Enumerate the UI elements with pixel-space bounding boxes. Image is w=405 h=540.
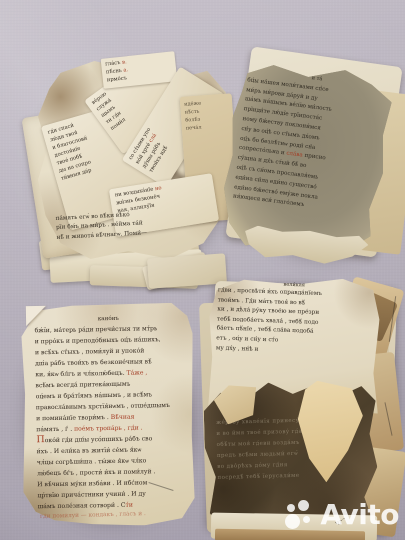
avito-logo-icon <box>284 499 315 530</box>
manuscript-page-bottom-left: кано́нъ бж́їи, ма́терь ра́ди пречи́стыя … <box>20 300 198 530</box>
logo-circle <box>287 504 295 512</box>
page-text: кано́нъ бж́їи, ма́терь ра́ди пречи́стыя … <box>34 315 185 513</box>
page-header: кано́нъ <box>34 315 182 324</box>
logo-circle <box>285 514 300 529</box>
top-page-text: вели́кая гд́ви , просвѣти́ и́хъ оправда́… <box>216 279 370 358</box>
page-lines: бж́їи, ма́терь ра́ди пречи́стыя ти мт́рь… <box>34 323 185 513</box>
logo-circle <box>303 516 310 523</box>
page-lines: гд́ви , просвѣти́ и́хъ оправда́нїемътвои… <box>216 286 370 358</box>
avito-wordmark: Avito <box>320 501 399 529</box>
manuscript-page-top-right: таяру́кїи онма́їащесла́хрїд́ї и та́бц́ы … <box>228 52 405 270</box>
photo-scene: гд́и спаси́лю́ди твоя́и благослови́досто… <box>0 0 405 540</box>
logo-circle <box>298 500 309 511</box>
page-text: и та́бц́ы на́шея моли́твами сп́семи́ръ м… <box>232 66 386 219</box>
avito-watermark: Avito <box>284 499 399 530</box>
